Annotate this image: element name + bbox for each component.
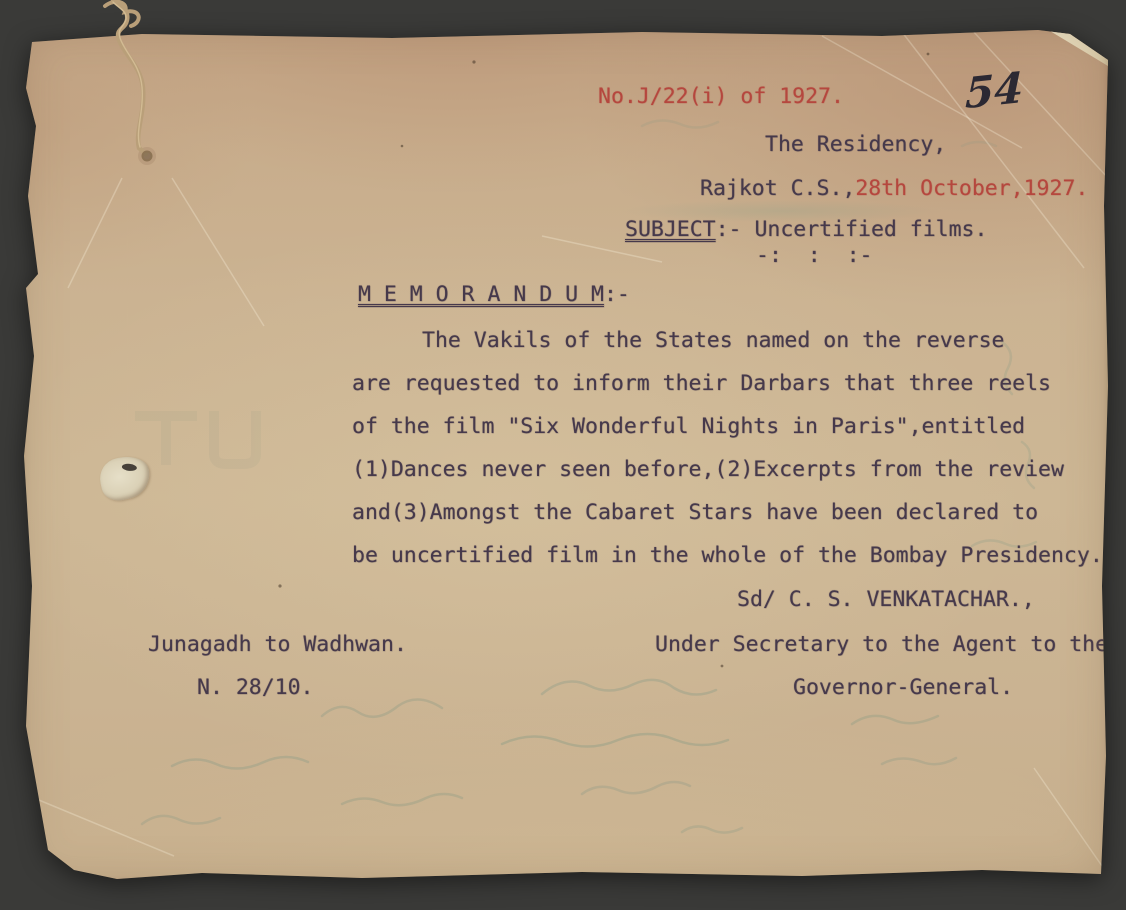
torn-corner bbox=[1036, 26, 1108, 66]
routing-note-date: N. 28/10. bbox=[197, 675, 314, 700]
body-line: and(3)Amongst the Cabaret Stars have bee… bbox=[352, 500, 1038, 525]
letterhead-date: 28th October,1927. bbox=[855, 176, 1088, 201]
body-line: of the film "Six Wonderful Nights in Par… bbox=[352, 414, 1025, 439]
memo-heading-line: M E M O R A N D U M:- bbox=[358, 282, 630, 307]
subject-label: SUBJECT bbox=[625, 217, 716, 242]
memo-heading-suffix: :- bbox=[604, 282, 630, 307]
signature: Sd/ C. S. VENKATACHAR., bbox=[737, 587, 1035, 612]
letterhead-office: The Residency, bbox=[765, 132, 946, 157]
body-line: are requested to inform their Darbars th… bbox=[352, 371, 1051, 396]
subject-text: :- Uncertified films. bbox=[716, 217, 988, 242]
paper-tear-hole bbox=[96, 452, 154, 503]
subject-line: SUBJECT:- Uncertified films. bbox=[625, 217, 987, 242]
paper-surface: No.J/22(i) of 1927. 54 The Residency, Ra… bbox=[22, 26, 1108, 884]
handwritten-page-number: 54 bbox=[965, 63, 1024, 118]
routing-note: Junagadh to Wadhwan. bbox=[148, 632, 407, 657]
signature-title: Under Secretary to the Agent to the bbox=[655, 632, 1108, 657]
reference-number: No.J/22(i) of 1927. bbox=[598, 84, 844, 109]
body-line: The Vakils of the States named on the re… bbox=[352, 328, 1004, 353]
subject-flourish: -: : :- bbox=[756, 243, 873, 268]
photo-background: No.J/22(i) of 1927. 54 The Residency, Ra… bbox=[0, 0, 1126, 910]
letterhead-dateline: Rajkot C.S.,28th October,1927. bbox=[700, 176, 1088, 201]
document-sheet: No.J/22(i) of 1927. 54 The Residency, Ra… bbox=[22, 26, 1108, 884]
memo-heading: M E M O R A N D U M bbox=[358, 282, 604, 307]
letterhead-place: Rajkot C.S., bbox=[700, 176, 855, 201]
body-line: (1)Dances never seen before,(2)Excerpts … bbox=[352, 457, 1064, 482]
body-line: be uncertified film in the whole of the … bbox=[352, 543, 1103, 568]
signature-title: Governor-General. bbox=[793, 675, 1013, 700]
tear-shadow bbox=[122, 463, 138, 472]
